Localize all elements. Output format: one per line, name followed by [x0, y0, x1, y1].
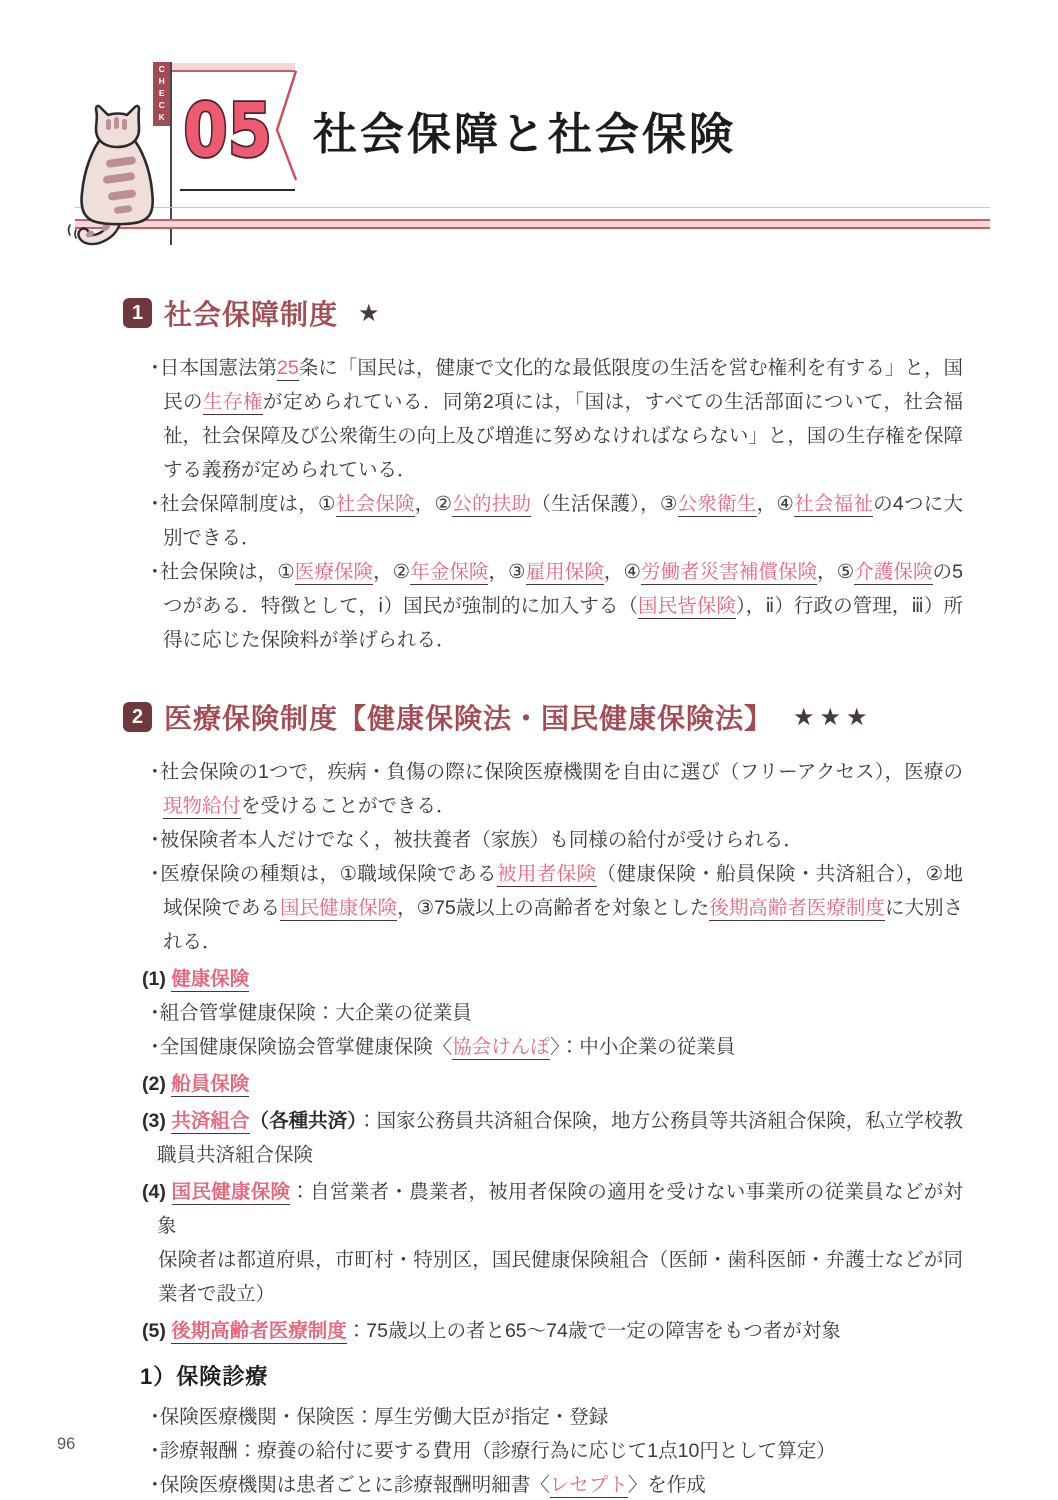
- keyword: 後期高齢者医療制度: [709, 897, 885, 921]
- keyword: 公衆衛生: [678, 493, 757, 517]
- chapter-title: 社会保障と社会保険: [313, 98, 736, 162]
- bullet-item: ･保険医療機関は患者ごとに診療報酬明細書〈レセプト〉を作成: [123, 1468, 963, 1500]
- keyword: 生存権: [203, 391, 263, 415]
- bullet-marker: ･: [150, 1440, 160, 1462]
- item-keyword-label: 共済組合: [171, 1110, 249, 1134]
- item-keyword-label: 健康保険: [171, 968, 249, 992]
- cat-illustration: [66, 103, 174, 253]
- keyword: 国民皆保険: [638, 595, 736, 619]
- bullet-marker: ･: [150, 1406, 160, 1428]
- section-2-badge: 2: [123, 702, 152, 732]
- motion-marks-icon: [69, 225, 77, 238]
- keyword: 被用者保険: [497, 863, 597, 887]
- keyword: 医療保険: [295, 561, 373, 585]
- section-1-body: ･日本国憲法第25条に「国民は，健康で文化的な最低限度の生活を営む権利を有する」…: [123, 351, 963, 657]
- bullet-item: ･診療報酬：療養の給付に要する費用（診療行為に応じて1点10円として算定）: [123, 1434, 963, 1468]
- bullet-marker: ･: [150, 761, 160, 783]
- keyword: 社会福祉: [794, 493, 873, 517]
- bullet-marker: ･: [150, 1002, 160, 1024]
- bullet-item: ･組合管掌健康保険：大企業の従業員: [123, 996, 963, 1030]
- item-keyword-label: 国民健康保険: [172, 1181, 291, 1205]
- bullet-marker: ･: [150, 863, 160, 885]
- bullet-item: ･医療保険の種類は，①職域保険である被用者保険（健康保険・船員保険・共済組合），…: [123, 857, 963, 959]
- star-rating-icon: ★★★: [793, 703, 873, 732]
- keyword: 年金保険: [410, 561, 488, 585]
- bullet-item: ･社会保険は，①医療保険，②年金保険，③雇用保険，④労働者災害補償保険，⑤介護保…: [123, 555, 963, 657]
- section-1-title: 社会保障制度: [164, 293, 338, 333]
- keyword: 公的扶助: [452, 493, 531, 517]
- item-keyword-label: 後期高齢者医療制度: [171, 1320, 347, 1344]
- bullet-item: ･被保険者本人だけでなく，被扶養者（家族）も同様の給付が受けられる．: [123, 823, 963, 857]
- chapter-number-text: 05: [183, 88, 272, 172]
- section-2-title: 医療保険制度【健康保険法・国民健康保険法】: [164, 697, 773, 737]
- keyword: 介護保険: [854, 561, 932, 585]
- chapter-header: CHECK 05 社会保障と社会保険: [0, 0, 1058, 265]
- keyword: レセプト: [550, 1474, 628, 1498]
- keyword: 国民健康保険: [280, 897, 397, 921]
- item-number: (2): [142, 1073, 171, 1095]
- page-content: 1 社会保障制度 ★ ･日本国憲法第25条に「国民は，健康で文化的な最低限度の生…: [123, 265, 963, 1500]
- bullet-marker: ･: [150, 357, 160, 379]
- angle-bracket-icon: [273, 68, 301, 184]
- star-rating-icon: ★: [358, 299, 385, 328]
- subsection-heading: 1）保険診療: [123, 1360, 963, 1394]
- bullet-marker: ･: [150, 1036, 160, 1058]
- bullet-marker: ･: [150, 829, 160, 851]
- bullet-marker: ･: [150, 1474, 160, 1496]
- item-continuation: 保険者は都道府県，市町村・特別区，国民健康保険組合（医師・歯科医師・弁護士などが…: [123, 1243, 963, 1311]
- keyword: 労働者災害補償保険: [641, 561, 817, 585]
- keyword: 協会けんぽ: [452, 1036, 550, 1060]
- keyword: 社会保険: [336, 493, 415, 517]
- chapter-number-underline: [180, 189, 295, 191]
- item-label-suffix: （各種共済）: [250, 1110, 358, 1132]
- numbered-item: (3) 共済組合（各種共済）：国家公務員共済組合保険，地方公務員等共済組合保険，…: [123, 1104, 963, 1172]
- bullet-item: ･保険医療機関・保険医：厚生労働大臣が指定・登録: [123, 1400, 963, 1434]
- numbered-item: (5) 後期高齢者医療制度：75歳以上の者と65～74歳で一定の障害をもつ者が対…: [123, 1314, 963, 1348]
- keyword: 現物給付: [163, 795, 241, 819]
- bullet-item: ･日本国憲法第25条に「国民は，健康で文化的な最低限度の生活を営む権利を有する」…: [123, 351, 963, 487]
- textbook-page: { "header": { "check_label": "CHECK", "c…: [0, 0, 1058, 1500]
- section-1-heading: 1 社会保障制度 ★: [123, 293, 963, 333]
- header-gray-rule: [75, 207, 990, 208]
- bullet-marker: ･: [150, 493, 160, 515]
- bullet-marker: ･: [150, 561, 160, 583]
- item-keyword-label: 船員保険: [171, 1073, 249, 1097]
- bullet-item: ･社会保障制度は，①社会保険，②公的扶助（生活保護），③公衆衛生，④社会福祉の4…: [123, 487, 963, 555]
- section-2-body: ･社会保険の1つで，疾病・負傷の際に保険医療機関を自由に選び（フリーアクセス），…: [123, 755, 963, 1500]
- keyword: 雇用保険: [526, 561, 604, 585]
- item-number: (1): [142, 968, 171, 990]
- section-1-badge: 1: [123, 298, 152, 328]
- numbered-item: (1) 健康保険: [123, 962, 963, 996]
- bullet-item: ･全国健康保険協会管掌健康保険〈協会けんぽ〉：中小企業の従業員: [123, 1030, 963, 1064]
- header-pink-band: [75, 219, 990, 229]
- keyword: 25: [277, 357, 299, 381]
- item-number: (3): [142, 1110, 171, 1132]
- numbered-item: (4) 国民健康保険：自営業者・農業者，被用者保険の適用を受けない事業所の従業員…: [123, 1175, 963, 1243]
- page-number: 96: [57, 1435, 75, 1454]
- numbered-item: (2) 船員保険: [123, 1067, 963, 1101]
- item-number: (4): [142, 1181, 172, 1203]
- item-number: (5): [142, 1320, 171, 1342]
- section-2-heading: 2 医療保険制度【健康保険法・国民健康保険法】 ★★★: [123, 697, 963, 737]
- bullet-item: ･社会保険の1つで，疾病・負傷の際に保険医療機関を自由に選び（フリーアクセス），…: [123, 755, 963, 823]
